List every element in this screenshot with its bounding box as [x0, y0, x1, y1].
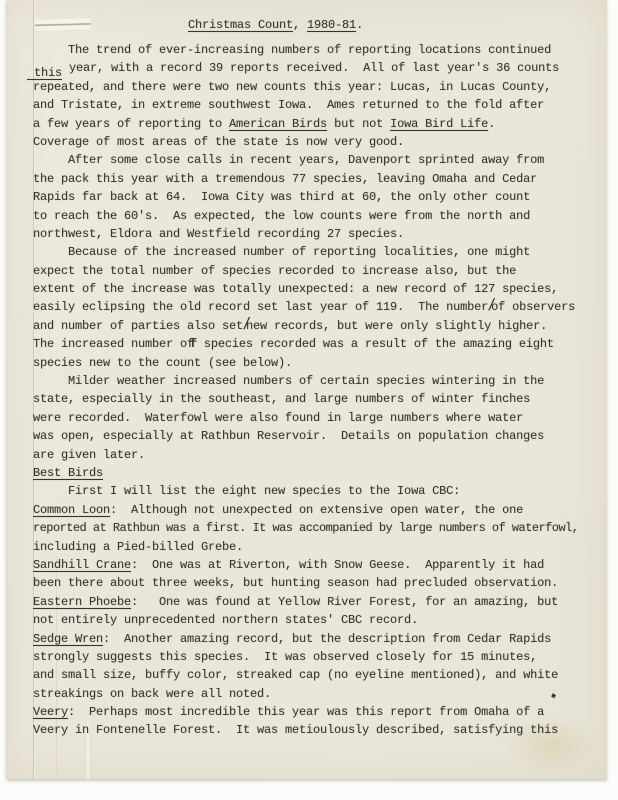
underlined-text: Common Loon — [33, 503, 110, 517]
text-segment: of observers — [491, 300, 575, 314]
underlined-text: Christmas Count — [188, 18, 293, 32]
text-segment: : Although not unexpected on extensive o… — [110, 503, 523, 517]
text-line: Veery: Perhaps most incredible this year… — [33, 703, 595, 721]
text-segment: Rapids far back at 64. Iowa City was thi… — [33, 190, 530, 204]
text-segment: . — [356, 18, 363, 32]
text-line: state, especially in the southeast, and … — [33, 390, 595, 408]
paragraph-1: The trend of ever-increasing numbers of … — [33, 41, 595, 151]
text-segment: : One was found at Yellow River Forest, … — [131, 595, 558, 609]
text-segment: repeated, and there were two new counts … — [33, 80, 551, 94]
text-line: Common Loon: Although not unexpected on … — [33, 501, 595, 519]
paragraph-3: Because of the increased number of repor… — [33, 243, 595, 372]
text-line: strongly suggests this species. It was o… — [33, 648, 595, 666]
text-segment: species new to the count (see below). — [33, 356, 292, 370]
text-segment: After some close calls in recent years, … — [33, 153, 544, 167]
text-line: expect the total number of species recor… — [33, 262, 595, 280]
text-segment: were recorded. Waterfowl were also found… — [33, 411, 523, 425]
text-segment: northwest, Eldora and Westfield recordin… — [33, 227, 404, 241]
document-text: Christmas Count, 1980-81. The trend of e… — [33, 16, 595, 740]
text-segment: but not — [327, 117, 390, 131]
text-line: streakings on back were all noted.♠ — [33, 685, 595, 703]
text-segment: Veery in Fontenelle Forest. It was metio… — [33, 723, 558, 737]
text-line: was open, especially at Rathbun Reservoi… — [33, 427, 595, 445]
document-body: The trend of ever-increasing numbers of … — [33, 41, 595, 740]
entry-sedge-wren: Sedge Wren: Another amazing record, but … — [33, 630, 595, 704]
text-segment: not entirely unprecedented northern stat… — [33, 613, 418, 627]
best-birds-heading: Best Birds — [33, 464, 595, 482]
text-line: repeated, and there were two new counts … — [33, 78, 595, 96]
text-line: to reach the 60's. As expected, the low … — [33, 207, 595, 225]
underlined-text: American Birds — [229, 117, 327, 131]
text-line: not entirely unprecedented northern stat… — [33, 611, 595, 629]
text-segment: : Another amazing record, but the descri… — [103, 632, 551, 646]
text-segment: was open, especially at Rathbun Reservoi… — [33, 429, 544, 443]
text-line: Because of the increased number of repor… — [33, 243, 595, 261]
text-segment: expect the total number of species recor… — [33, 264, 516, 278]
text-segment: extent of the increase was totally unexp… — [33, 282, 558, 296]
text-line: First I will list the eight new species … — [33, 482, 595, 500]
underlined-text: Eastern Phoebe — [33, 595, 131, 609]
text-segment: including a Pied-billed Grebe. — [33, 540, 243, 554]
text-line: Sedge Wren: Another amazing record, but … — [33, 630, 595, 648]
text-line: this year, with a record 39 reports rece… — [33, 59, 595, 77]
text-segment: . — [488, 117, 495, 131]
text-segment: and small size, buffy color, streaked ca… — [33, 668, 558, 682]
text-segment: state, especially in the southeast, and … — [33, 392, 530, 406]
text-segment: new records, but were only slightly high… — [246, 319, 547, 333]
text-line: Coverage of most areas of the state is n… — [33, 133, 595, 151]
text-segment: species recorded was a result of the ama… — [197, 337, 554, 351]
text-segment: are given later. — [33, 448, 145, 462]
underlined-text: 1980-81 — [307, 18, 356, 32]
text-line: Sandhill Crane: One was at Riverton, wit… — [33, 556, 595, 574]
text-line: reported at Rathbun was a first. It was … — [33, 519, 595, 537]
text-line: easily eclipsing the old record set last… — [33, 298, 595, 316]
entry-eastern-phoebe: Eastern Phoebe: One was found at Yellow … — [33, 593, 595, 630]
entry-sandhill-crane: Sandhill Crane: One was at Riverton, wit… — [33, 556, 595, 593]
paragraph-4: Milder weather increased numbers of cert… — [33, 372, 595, 464]
text-line: are given later. — [33, 446, 595, 464]
text-segment: , — [293, 18, 307, 32]
text-segment: The trend of ever-increasing numbers of … — [33, 43, 551, 57]
text-line: species new to the count (see below). — [33, 354, 595, 372]
text-segment: : One was at Riverton, with Snow Geese. … — [131, 558, 544, 572]
text-segment: the pack this year with a tremendous 77 … — [33, 172, 537, 186]
text-segment: year, with a record 39 reports received.… — [62, 61, 559, 75]
text-segment: and number of parties also set — [33, 319, 243, 333]
page-title: Christmas Count, 1980-81. — [188, 16, 595, 35]
text-line: Veery in Fontenelle Forest. It was metio… — [33, 721, 595, 739]
text-line: extent of the increase was totally unexp… — [33, 280, 595, 298]
text-segment: Milder weather increased numbers of cert… — [33, 374, 544, 388]
text-line: The increased number off species recorde… — [33, 335, 595, 353]
underlined-text: Iowa Bird Life — [390, 117, 488, 131]
text-segment: easily eclipsing the old record set last… — [33, 300, 488, 314]
text-line: The trend of ever-increasing numbers of … — [33, 41, 595, 59]
text-segment: and Tristate, in extreme southwest Iowa.… — [33, 98, 544, 112]
text-line: After some close calls in recent years, … — [33, 151, 595, 169]
text-segment: strongly suggests this species. It was o… — [33, 650, 537, 664]
text-segment: to reach the 60's. As expected, the low … — [33, 209, 530, 223]
underlined-text: Best Birds — [33, 466, 103, 480]
paragraph-2: After some close calls in recent years, … — [33, 151, 595, 243]
text-line: and small size, buffy color, streaked ca… — [33, 666, 595, 684]
text-segment: Because of the increased number of repor… — [33, 245, 530, 259]
underlined-text: Sedge Wren — [33, 632, 103, 646]
text-line: Eastern Phoebe: One was found at Yellow … — [33, 593, 595, 611]
entry-veery: Veery: Perhaps most incredible this year… — [33, 703, 595, 740]
text-segment: The increased number of — [33, 337, 194, 351]
underlined-text: Veery — [33, 705, 68, 719]
text-segment: : Perhaps most incredible this year was … — [68, 705, 544, 719]
underlined-text: Sandhill Crane — [33, 558, 131, 572]
text-segment: Coverage of most areas of the state is n… — [33, 135, 404, 149]
text-line: been there about three weeks, but huntin… — [33, 574, 595, 592]
text-segment: reported at Rathbun was a first. It was … — [33, 521, 578, 535]
text-line: and Tristate, in extreme southwest Iowa.… — [33, 96, 595, 114]
text-line: including a Pied-billed Grebe. — [33, 538, 595, 556]
text-line: were recorded. Waterfowl were also found… — [33, 409, 595, 427]
text-segment: streakings on back were all noted. — [33, 687, 271, 701]
text-line: Best Birds — [33, 464, 595, 482]
text-line: northwest, Eldora and Westfield recordin… — [33, 225, 595, 243]
entry-common-loon: Common Loon: Although not unexpected on … — [33, 501, 595, 556]
text-line: the pack this year with a tremendous 77 … — [33, 170, 595, 188]
text-segment: a few years of reporting to — [33, 117, 229, 131]
text-segment: f — [190, 335, 197, 353]
text-line: a few years of reporting to American Bir… — [33, 115, 595, 133]
text-line: Milder weather increased numbers of cert… — [33, 372, 595, 390]
best-birds-intro: First I will list the eight new species … — [33, 482, 595, 500]
text-segment: been there about three weeks, but huntin… — [33, 576, 558, 590]
text-segment: First I will list the eight new species … — [33, 484, 460, 498]
text-line: and number of parties also set/new recor… — [33, 317, 595, 335]
text-line: Rapids far back at 64. Iowa City was thi… — [33, 188, 595, 206]
